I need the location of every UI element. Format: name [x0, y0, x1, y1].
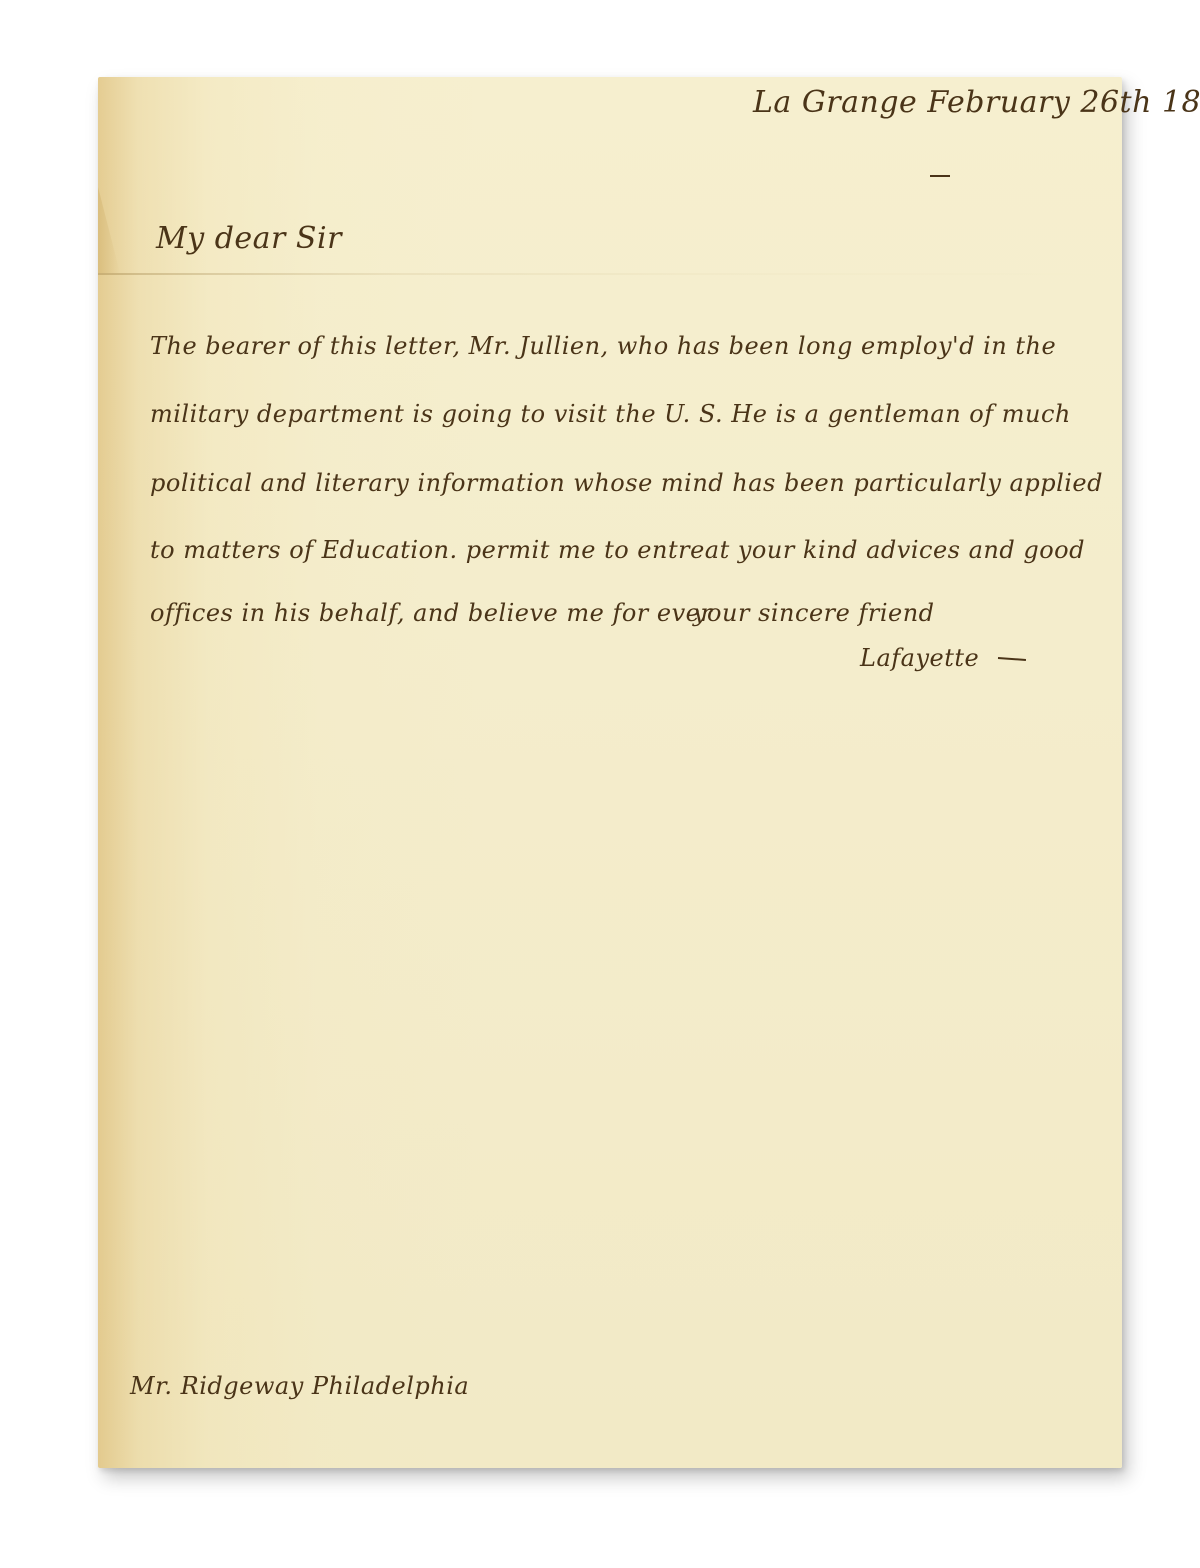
letter-sheet: La Grange February 26th 1816 My dear Sir…	[98, 77, 1122, 1468]
recipient-address: Mr. Ridgeway Philadelphia	[130, 1372, 469, 1400]
body-line: The bearer of this letter, Mr. Jullien, …	[150, 332, 1056, 360]
dateline-underline	[930, 175, 950, 177]
body-line: to matters of Education. permit me to en…	[150, 536, 1085, 564]
salutation: My dear Sir	[156, 221, 342, 256]
fold-crease-flap	[98, 187, 120, 273]
dateline: La Grange February 26th 1816	[753, 85, 1200, 120]
closing: your sincere friend	[693, 599, 935, 627]
signature: Lafayette	[860, 644, 979, 672]
signature-flourish	[998, 656, 1026, 661]
body-line: offices in his behalf, and believe me fo…	[150, 599, 712, 627]
fold-line	[98, 273, 1122, 275]
body-line: military department is going to visit th…	[150, 400, 1071, 428]
body-line: political and literary information whose…	[150, 469, 1103, 497]
